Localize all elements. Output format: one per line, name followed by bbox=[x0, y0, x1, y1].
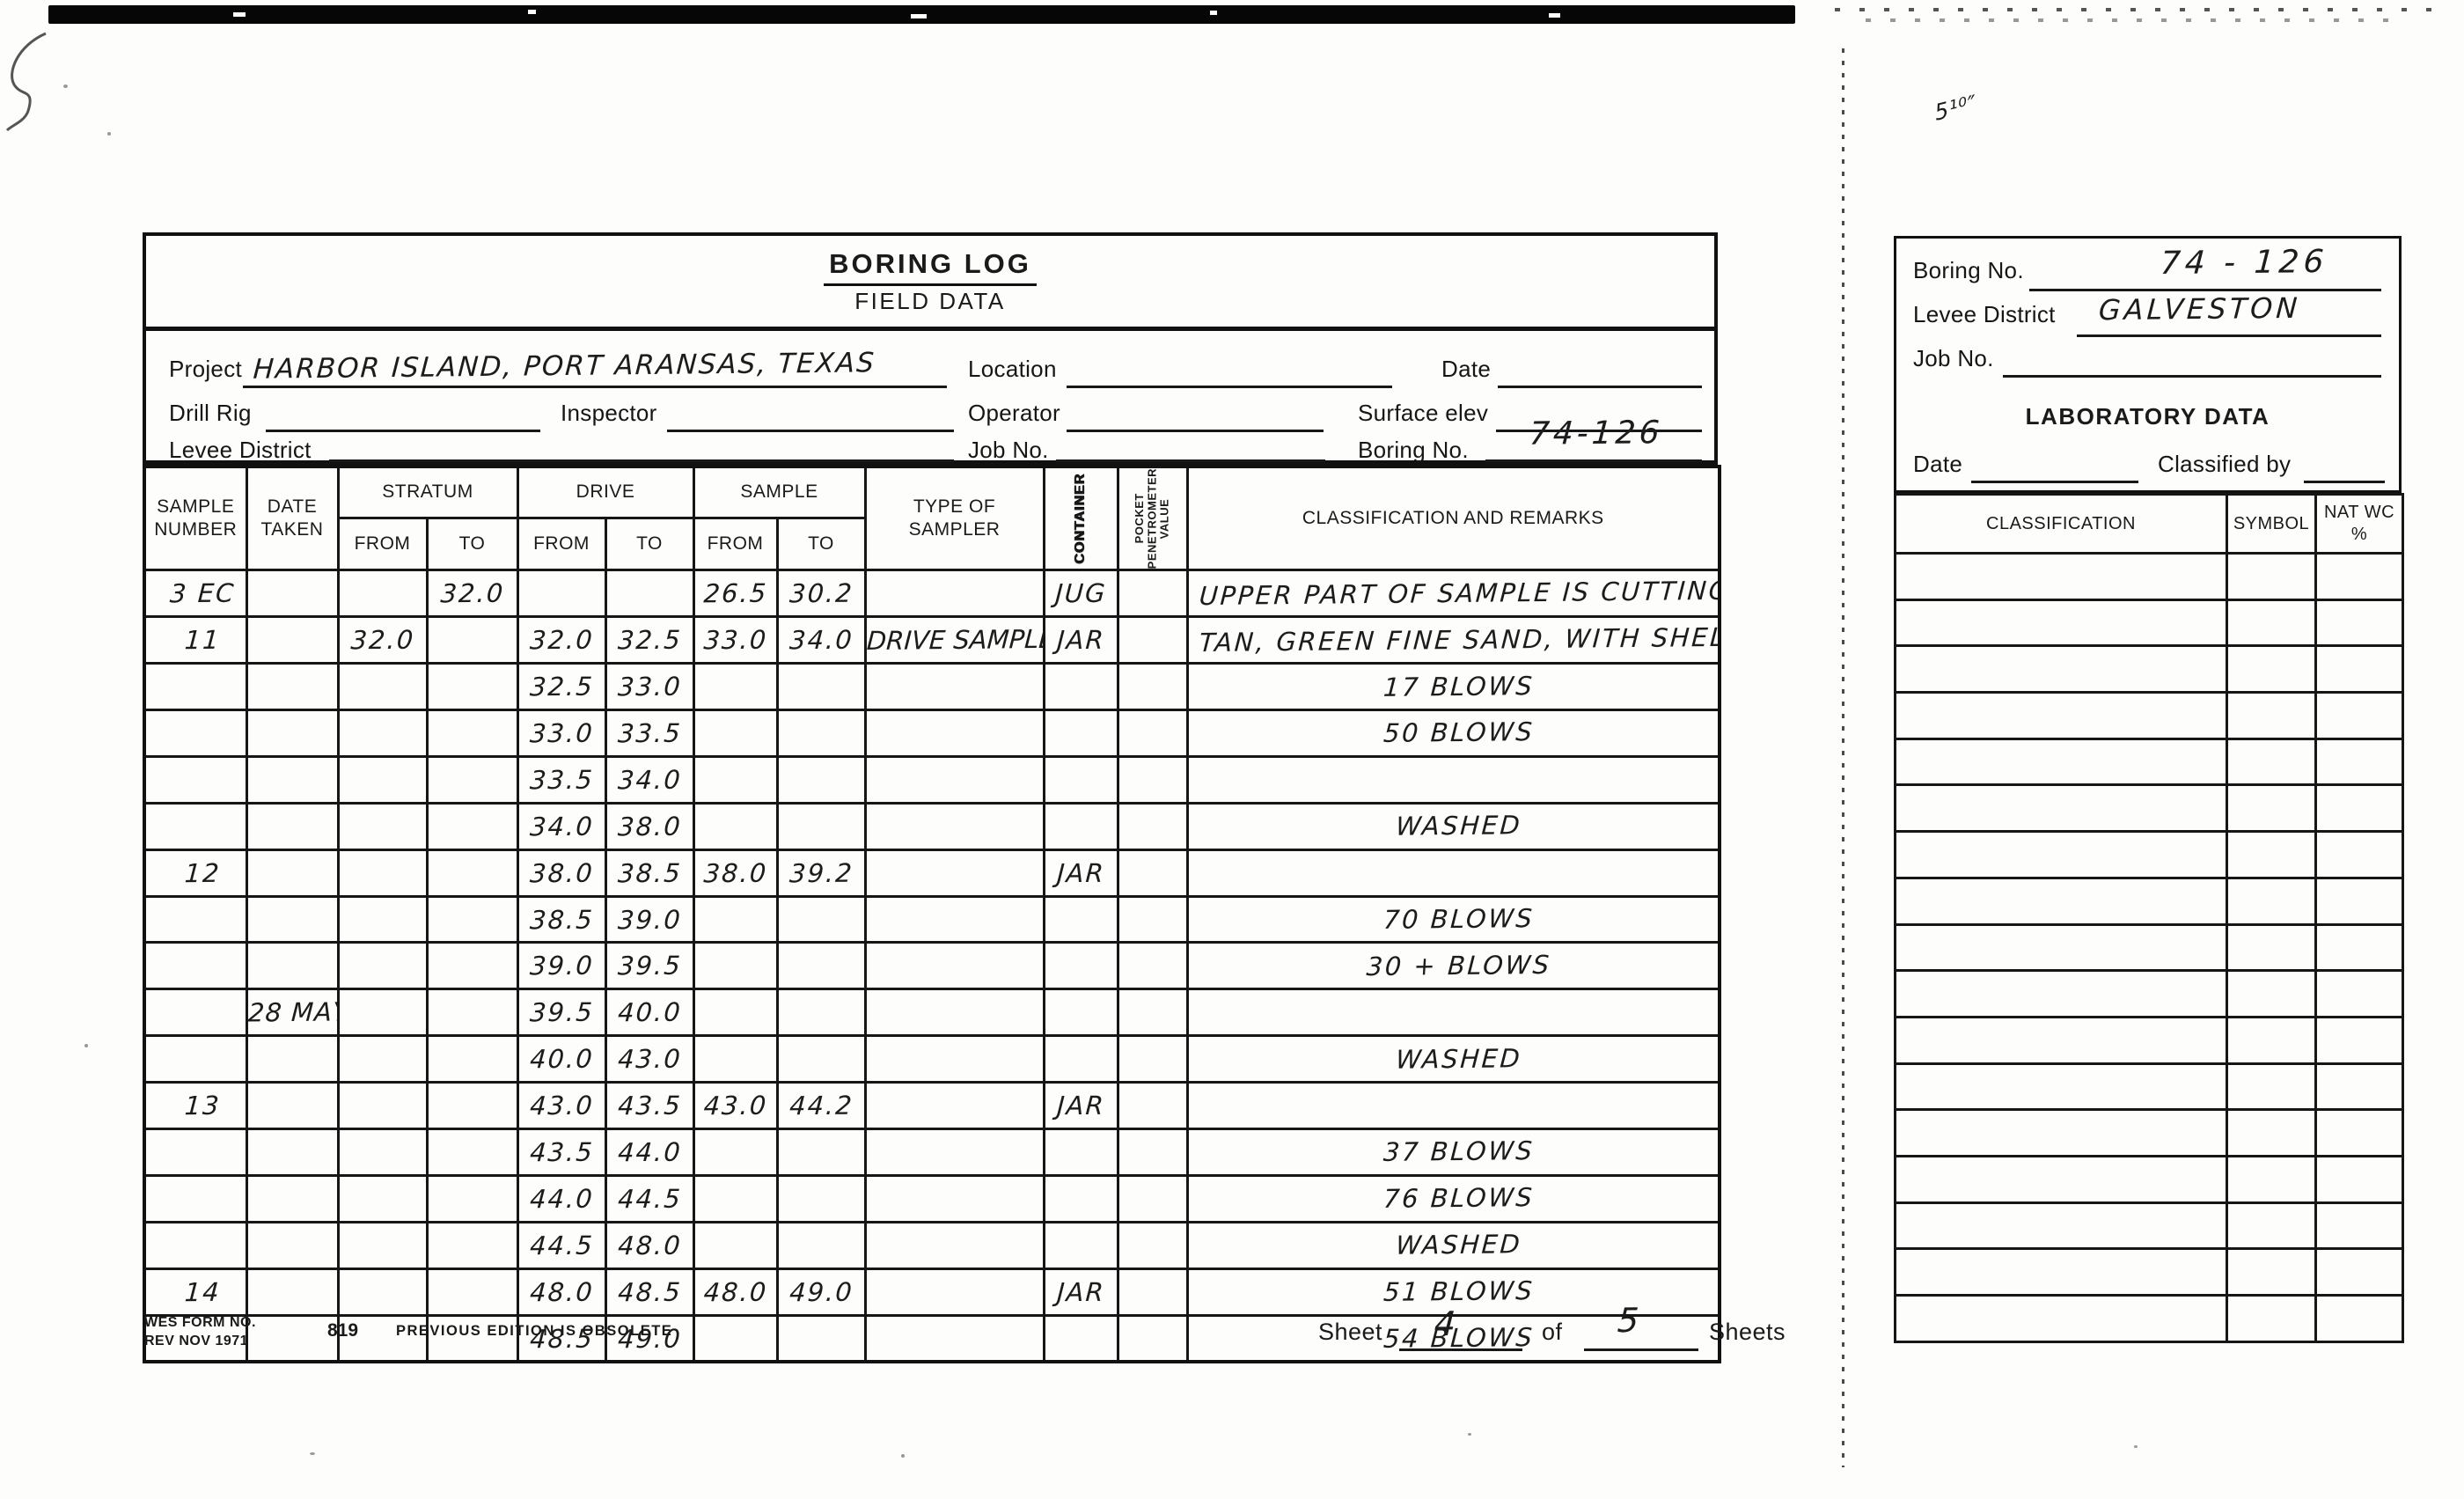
cell-container bbox=[1044, 664, 1118, 710]
lab-cell-symbol bbox=[2227, 924, 2316, 971]
lab-table-row bbox=[1896, 1110, 2403, 1157]
cell-stratum-from bbox=[338, 1083, 427, 1129]
cell-drive-to: 33.0 bbox=[605, 664, 693, 710]
lab-boring-no-label: Boring No. bbox=[1913, 257, 2024, 284]
cell-sample-number: 14 bbox=[144, 1268, 246, 1315]
lab-cell-symbol bbox=[2227, 1156, 2316, 1202]
cell-stratum-to bbox=[427, 849, 517, 896]
cell-container bbox=[1044, 1222, 1118, 1268]
levee-district-label: Levee District bbox=[169, 437, 312, 464]
cell-type-of-sampler bbox=[865, 756, 1044, 803]
cell-drive-from: 38.0 bbox=[517, 849, 605, 896]
cell-date-taken bbox=[246, 570, 338, 617]
cell-remarks bbox=[1187, 756, 1720, 803]
cell-stratum-from bbox=[338, 1129, 427, 1176]
cell-date-taken bbox=[246, 1083, 338, 1129]
lab-table-row bbox=[1896, 878, 2403, 924]
cell-sample-from bbox=[693, 943, 777, 989]
scan-noise bbox=[84, 1044, 88, 1047]
cell-drive-to: 44.0 bbox=[605, 1129, 693, 1176]
table-row: 1448.048.548.049.0JAR51 BLOWS bbox=[144, 1268, 1720, 1315]
cell-pocket-penetrometer bbox=[1118, 1315, 1187, 1362]
cell-drive-from: 43.0 bbox=[517, 1083, 605, 1129]
cell-stratum-to bbox=[427, 617, 517, 664]
date-label: Date bbox=[1441, 356, 1491, 383]
cell-drive-from: 40.0 bbox=[517, 1036, 605, 1083]
cell-sample-to bbox=[777, 1129, 865, 1176]
cell-sample-number bbox=[144, 710, 246, 757]
scan-noise bbox=[901, 1454, 905, 1458]
cell-drive-to: 34.0 bbox=[605, 756, 693, 803]
cell-pocket-penetrometer bbox=[1118, 570, 1187, 617]
cell-type-of-sampler bbox=[865, 1315, 1044, 1362]
cell-container bbox=[1044, 710, 1118, 757]
lab-cell-nat-wc bbox=[2316, 1110, 2403, 1157]
cell-sample-to bbox=[777, 803, 865, 849]
lab-job-no-underline bbox=[2003, 375, 2381, 378]
cell-stratum-to bbox=[427, 943, 517, 989]
lab-cell-classification bbox=[1896, 1063, 2227, 1110]
cell-container bbox=[1044, 943, 1118, 989]
lab-cell-classification bbox=[1896, 646, 2227, 693]
cell-remarks bbox=[1187, 989, 1720, 1036]
cell-stratum-from bbox=[338, 710, 427, 757]
cell-drive-to: 39.5 bbox=[605, 943, 693, 989]
lab-cell-nat-wc bbox=[2316, 924, 2403, 971]
sheets-total-value: 5 bbox=[1617, 1301, 1642, 1340]
header-sample-to: TO bbox=[777, 518, 865, 570]
lab-cell-symbol bbox=[2227, 971, 2316, 1018]
cell-container: JAR bbox=[1044, 617, 1118, 664]
cell-drive-to: 48.5 bbox=[605, 1268, 693, 1315]
header-stratum: STRATUM bbox=[338, 467, 517, 518]
table-row: 1343.043.543.044.2JAR bbox=[144, 1083, 1720, 1129]
cell-type-of-sampler bbox=[865, 1083, 1044, 1129]
table-row: 1132.032.032.533.034.0DRIVE SAMPLERJARTA… bbox=[144, 617, 1720, 664]
cell-sample-to bbox=[777, 943, 865, 989]
cell-drive-from: 34.0 bbox=[517, 803, 605, 849]
cell-date-taken bbox=[246, 617, 338, 664]
cell-stratum-from bbox=[338, 1268, 427, 1315]
header-drive-from: FROM bbox=[517, 518, 605, 570]
form-title: BORING LOG bbox=[824, 248, 1037, 286]
lab-cell-classification bbox=[1896, 599, 2227, 646]
sheets-total-underline bbox=[1584, 1348, 1698, 1351]
cell-drive-from: 43.5 bbox=[517, 1129, 605, 1176]
cell-stratum-to: 32.0 bbox=[427, 570, 517, 617]
cell-remarks bbox=[1187, 849, 1720, 896]
table-row: 39.039.530 + BLOWS bbox=[144, 943, 1720, 989]
cell-drive-from: 32.5 bbox=[517, 664, 605, 710]
lab-table-row bbox=[1896, 832, 2403, 878]
scanned-boring-log-page: { "scan": { "top_right_note": "5¹⁰″" }, … bbox=[0, 0, 2464, 1499]
cell-drive-from: 38.5 bbox=[517, 896, 605, 943]
cell-sample-to bbox=[777, 756, 865, 803]
cell-type-of-sampler bbox=[865, 896, 1044, 943]
scan-artifact-dots-top bbox=[1835, 8, 2433, 11]
lab-cell-symbol bbox=[2227, 832, 2316, 878]
lab-title: LABORATORY DATA bbox=[1894, 403, 2402, 430]
lab-table-row bbox=[1896, 599, 2403, 646]
lab-boring-no-value: 74 - 126 bbox=[2160, 244, 2329, 282]
cell-sample-number bbox=[144, 943, 246, 989]
cell-drive-to: 43.0 bbox=[605, 1036, 693, 1083]
cell-stratum-to bbox=[427, 803, 517, 849]
sheet-number-value: 4 bbox=[1434, 1304, 1459, 1343]
table-row: 1238.038.538.039.2JAR bbox=[144, 849, 1720, 896]
header-stratum-to: TO bbox=[427, 518, 517, 570]
cell-stratum-to bbox=[427, 1268, 517, 1315]
footer-sheet-line: Sheet bbox=[1318, 1319, 1382, 1346]
lab-job-no-label: Job No. bbox=[1913, 345, 1994, 372]
lab-cell-classification bbox=[1896, 1202, 2227, 1249]
cell-sample-to bbox=[777, 664, 865, 710]
cell-type-of-sampler bbox=[865, 943, 1044, 989]
lab-cell-symbol bbox=[2227, 878, 2316, 924]
cell-date-taken bbox=[246, 943, 338, 989]
location-label: Location bbox=[968, 356, 1057, 383]
cell-date-taken bbox=[246, 896, 338, 943]
scan-noise bbox=[2134, 1445, 2138, 1448]
cell-type-of-sampler bbox=[865, 570, 1044, 617]
cell-stratum-to bbox=[427, 710, 517, 757]
lab-cell-symbol bbox=[2227, 599, 2316, 646]
lab-cell-nat-wc bbox=[2316, 785, 2403, 832]
boring-log-table: SAMPLE NUMBER DATE TAKEN STRATUM DRIVE S… bbox=[143, 465, 1721, 1363]
lab-classified-by-label: Classified by bbox=[2158, 451, 2291, 478]
cell-sample-from: 43.0 bbox=[693, 1083, 777, 1129]
cell-pocket-penetrometer bbox=[1118, 617, 1187, 664]
cell-drive-to: 38.0 bbox=[605, 803, 693, 849]
lab-levee-district-underline bbox=[2077, 334, 2381, 337]
lab-cell-classification bbox=[1896, 1110, 2227, 1157]
header-stratum-from: FROM bbox=[338, 518, 427, 570]
cell-sample-to: 30.2 bbox=[777, 570, 865, 617]
lab-cell-classification bbox=[1896, 1296, 2227, 1342]
cell-pocket-penetrometer bbox=[1118, 756, 1187, 803]
lab-data-table: CLASSIFICATION SYMBOL NAT WC % bbox=[1894, 493, 2404, 1343]
cell-remarks: 70 BLOWS bbox=[1187, 896, 1720, 943]
lab-cell-classification bbox=[1896, 1249, 2227, 1296]
cell-pocket-penetrometer bbox=[1118, 1083, 1187, 1129]
cell-drive-to: 48.0 bbox=[605, 1222, 693, 1268]
lab-cell-nat-wc bbox=[2316, 832, 2403, 878]
cell-sample-from bbox=[693, 1129, 777, 1176]
cell-pocket-penetrometer bbox=[1118, 803, 1187, 849]
page-perforation-dotted-line bbox=[1842, 48, 1844, 1467]
boring-no-underline bbox=[1485, 459, 1702, 462]
cell-drive-to: 39.0 bbox=[605, 896, 693, 943]
lab-cell-symbol bbox=[2227, 693, 2316, 739]
lab-cell-nat-wc bbox=[2316, 554, 2403, 600]
cell-sample-to bbox=[777, 1036, 865, 1083]
cell-container bbox=[1044, 803, 1118, 849]
cell-container bbox=[1044, 756, 1118, 803]
job-no-label: Job No. bbox=[968, 437, 1049, 464]
table-row: 43.544.037 BLOWS bbox=[144, 1129, 1720, 1176]
lab-cell-nat-wc bbox=[2316, 738, 2403, 785]
lab-table-row bbox=[1896, 1156, 2403, 1202]
lab-date-underline bbox=[1971, 481, 2138, 483]
cell-remarks: WASHED bbox=[1187, 1036, 1720, 1083]
cell-type-of-sampler bbox=[865, 1175, 1044, 1222]
cell-sample-from: 48.0 bbox=[693, 1268, 777, 1315]
lab-cell-symbol bbox=[2227, 1110, 2316, 1157]
header-container: CONTAINER bbox=[1044, 467, 1118, 570]
lab-cell-classification bbox=[1896, 1156, 2227, 1202]
scan-noise bbox=[107, 132, 111, 136]
lab-cell-symbol bbox=[2227, 1296, 2316, 1342]
lab-cell-nat-wc bbox=[2316, 1156, 2403, 1202]
lab-cell-nat-wc bbox=[2316, 1017, 2403, 1063]
table-row: 44.044.576 BLOWS bbox=[144, 1175, 1720, 1222]
footer-form-no: WES FORM NO. REV NOV 1971 bbox=[144, 1314, 256, 1351]
surface-elev-label: Surface elev bbox=[1358, 400, 1488, 427]
lab-cell-symbol bbox=[2227, 1202, 2316, 1249]
lab-cell-nat-wc bbox=[2316, 693, 2403, 739]
cell-drive-to: 38.5 bbox=[605, 849, 693, 896]
cell-type-of-sampler bbox=[865, 1036, 1044, 1083]
cell-sample-number bbox=[144, 1036, 246, 1083]
form-title-block: BORING LOG FIELD DATA bbox=[143, 232, 1718, 331]
cell-stratum-from bbox=[338, 756, 427, 803]
table-row: 28 MAY39.540.0 bbox=[144, 989, 1720, 1036]
cell-sample-from: 38.0 bbox=[693, 849, 777, 896]
lab-table-row bbox=[1896, 1202, 2403, 1249]
cell-drive-from: 48.0 bbox=[517, 1268, 605, 1315]
cell-sample-number bbox=[144, 1222, 246, 1268]
cell-stratum-from bbox=[338, 664, 427, 710]
form-header-fields bbox=[143, 331, 1718, 465]
cell-stratum-from bbox=[338, 989, 427, 1036]
cell-stratum-from bbox=[338, 803, 427, 849]
operator-label: Operator bbox=[968, 400, 1060, 427]
cell-drive-to: 40.0 bbox=[605, 989, 693, 1036]
lab-cell-classification bbox=[1896, 971, 2227, 1018]
cell-date-taken bbox=[246, 803, 338, 849]
project-value: HARBOR ISLAND, PORT ARANSAS, TEXAS bbox=[253, 347, 876, 385]
cell-date-taken bbox=[246, 1175, 338, 1222]
drill-rig-label: Drill Rig bbox=[169, 400, 252, 427]
lab-table-row bbox=[1896, 554, 2403, 600]
cell-remarks: 17 BLOWS bbox=[1187, 664, 1720, 710]
handwritten-margin-note: 5¹⁰″ bbox=[1933, 90, 1979, 126]
cell-sample-number bbox=[144, 664, 246, 710]
cell-sample-number: 3 EC bbox=[144, 570, 246, 617]
cell-remarks: WASHED bbox=[1187, 803, 1720, 849]
cell-container: JAR bbox=[1044, 1268, 1118, 1315]
levee-district-underline bbox=[329, 459, 954, 462]
cell-remarks: UPPER PART OF SAMPLE IS CUTTINGS bbox=[1187, 570, 1720, 617]
cell-type-of-sampler: DRIVE SAMPLER bbox=[865, 617, 1044, 664]
inspector-label: Inspector bbox=[561, 400, 657, 427]
cell-stratum-to bbox=[427, 1129, 517, 1176]
lab-cell-symbol bbox=[2227, 554, 2316, 600]
lab-header-classification: CLASSIFICATION bbox=[1896, 495, 2227, 554]
operator-underline bbox=[1067, 430, 1324, 432]
cell-drive-to: 44.5 bbox=[605, 1175, 693, 1222]
lab-cell-classification bbox=[1896, 832, 2227, 878]
cell-date-taken bbox=[246, 1036, 338, 1083]
cell-sample-from bbox=[693, 664, 777, 710]
lab-header-symbol: SYMBOL bbox=[2227, 495, 2316, 554]
scan-artifact-pen-mark bbox=[0, 26, 79, 141]
cell-pocket-penetrometer bbox=[1118, 849, 1187, 896]
lab-table-row bbox=[1896, 924, 2403, 971]
lab-cell-nat-wc bbox=[2316, 599, 2403, 646]
header-sample-number: SAMPLE NUMBER bbox=[144, 467, 246, 570]
footer-obsolete-note: PREVIOUS EDITION IS OBSOLETE bbox=[396, 1323, 672, 1340]
cell-sample-number bbox=[144, 803, 246, 849]
cell-date-taken: 28 MAY bbox=[246, 989, 338, 1036]
lab-table-row bbox=[1896, 646, 2403, 693]
lab-cell-classification bbox=[1896, 785, 2227, 832]
cell-stratum-to bbox=[427, 664, 517, 710]
cell-drive-to: 32.5 bbox=[605, 617, 693, 664]
cell-sample-number bbox=[144, 1175, 246, 1222]
lab-table-row bbox=[1896, 1249, 2403, 1296]
lab-cell-symbol bbox=[2227, 1017, 2316, 1063]
lab-cell-symbol bbox=[2227, 1063, 2316, 1110]
cell-remarks: 37 BLOWS bbox=[1187, 1129, 1720, 1176]
cell-sample-from bbox=[693, 1222, 777, 1268]
cell-pocket-penetrometer bbox=[1118, 989, 1187, 1036]
cell-sample-number bbox=[144, 756, 246, 803]
cell-remarks bbox=[1187, 1083, 1720, 1129]
cell-drive-from: 33.5 bbox=[517, 756, 605, 803]
cell-pocket-penetrometer bbox=[1118, 664, 1187, 710]
lab-date-label: Date bbox=[1913, 451, 1962, 478]
lab-cell-classification bbox=[1896, 693, 2227, 739]
cell-pocket-penetrometer bbox=[1118, 1129, 1187, 1176]
scan-artifact-top-bar bbox=[48, 5, 1795, 24]
cell-sample-to bbox=[777, 896, 865, 943]
cell-container bbox=[1044, 1175, 1118, 1222]
date-underline bbox=[1498, 386, 1702, 388]
cell-sample-to bbox=[777, 710, 865, 757]
cell-sample-number: 12 bbox=[144, 849, 246, 896]
header-pocket-penetrometer: POCKET PENETROMETER VALUE bbox=[1118, 467, 1187, 570]
cell-drive-from: 44.5 bbox=[517, 1222, 605, 1268]
cell-sample-from bbox=[693, 1175, 777, 1222]
cell-sample-number bbox=[144, 989, 246, 1036]
cell-drive-to: 43.5 bbox=[605, 1083, 693, 1129]
cell-stratum-to bbox=[427, 1222, 517, 1268]
lab-classified-by-underline bbox=[2304, 481, 2385, 483]
lab-cell-symbol bbox=[2227, 1249, 2316, 1296]
lab-cell-nat-wc bbox=[2316, 971, 2403, 1018]
table-row: 34.038.0WASHED bbox=[144, 803, 1720, 849]
cell-drive-from: 32.0 bbox=[517, 617, 605, 664]
lab-cell-classification bbox=[1896, 878, 2227, 924]
lab-cell-classification bbox=[1896, 738, 2227, 785]
cell-stratum-from bbox=[338, 849, 427, 896]
lab-table-row bbox=[1896, 785, 2403, 832]
cell-drive-from bbox=[517, 570, 605, 617]
inspector-underline bbox=[667, 430, 954, 432]
header-sample: SAMPLE bbox=[693, 467, 865, 518]
sheets-label: Sheets bbox=[1709, 1319, 1786, 1346]
cell-sample-number bbox=[144, 896, 246, 943]
cell-remarks: 50 BLOWS bbox=[1187, 710, 1720, 757]
cell-stratum-from bbox=[338, 570, 427, 617]
cell-date-taken bbox=[246, 849, 338, 896]
cell-date-taken bbox=[246, 664, 338, 710]
cell-stratum-from bbox=[338, 1036, 427, 1083]
cell-sample-number bbox=[144, 1129, 246, 1176]
cell-date-taken bbox=[246, 1268, 338, 1315]
cell-drive-from: 39.0 bbox=[517, 943, 605, 989]
sheet-of-label: of bbox=[1542, 1319, 1563, 1346]
sheet-label: Sheet bbox=[1318, 1319, 1382, 1345]
cell-drive-from: 44.0 bbox=[517, 1175, 605, 1222]
cell-remarks: 30 + BLOWS bbox=[1187, 943, 1720, 989]
table-row: 32.533.017 BLOWS bbox=[144, 664, 1720, 710]
cell-stratum-to bbox=[427, 1036, 517, 1083]
cell-container bbox=[1044, 989, 1118, 1036]
scan-noise bbox=[310, 1452, 315, 1455]
scan-noise bbox=[63, 85, 68, 88]
cell-drive-from: 39.5 bbox=[517, 989, 605, 1036]
cell-type-of-sampler bbox=[865, 849, 1044, 896]
cell-type-of-sampler bbox=[865, 1129, 1044, 1176]
lab-table-row bbox=[1896, 1017, 2403, 1063]
lab-levee-district-value: GALVESTON bbox=[2098, 291, 2302, 327]
form-subtitle: FIELD DATA bbox=[146, 288, 1714, 315]
cell-stratum-from: 32.0 bbox=[338, 617, 427, 664]
cell-type-of-sampler bbox=[865, 664, 1044, 710]
scan-artifact-dots-top-2 bbox=[1866, 18, 2402, 22]
cell-sample-to: 44.2 bbox=[777, 1083, 865, 1129]
cell-date-taken bbox=[246, 710, 338, 757]
header-classification-remarks: CLASSIFICATION AND REMARKS bbox=[1187, 467, 1720, 570]
lab-levee-district-label: Levee District bbox=[1913, 301, 2056, 328]
job-no-underline bbox=[1056, 459, 1325, 462]
lab-cell-nat-wc bbox=[2316, 1202, 2403, 1249]
cell-sample-to bbox=[777, 1222, 865, 1268]
lab-cell-classification bbox=[1896, 924, 2227, 971]
cell-type-of-sampler bbox=[865, 803, 1044, 849]
cell-stratum-from bbox=[338, 1175, 427, 1222]
cell-sample-number: 13 bbox=[144, 1083, 246, 1129]
cell-stratum-to bbox=[427, 756, 517, 803]
lab-cell-nat-wc bbox=[2316, 646, 2403, 693]
cell-sample-from bbox=[693, 1036, 777, 1083]
cell-sample-from bbox=[693, 756, 777, 803]
cell-stratum-to bbox=[427, 989, 517, 1036]
cell-type-of-sampler bbox=[865, 1222, 1044, 1268]
cell-remarks: TAN, GREEN FINE SAND, WITH SHELL bbox=[1187, 617, 1720, 664]
cell-pocket-penetrometer bbox=[1118, 896, 1187, 943]
cell-pocket-penetrometer bbox=[1118, 1036, 1187, 1083]
header-date-taken: DATE TAKEN bbox=[246, 467, 338, 570]
table-row: 33.033.550 BLOWS bbox=[144, 710, 1720, 757]
cell-pocket-penetrometer bbox=[1118, 1268, 1187, 1315]
header-sample-from: FROM bbox=[693, 518, 777, 570]
project-underline bbox=[243, 386, 947, 388]
cell-pocket-penetrometer bbox=[1118, 943, 1187, 989]
cell-sample-to bbox=[777, 1175, 865, 1222]
cell-sample-from bbox=[693, 710, 777, 757]
cell-sample-from: 26.5 bbox=[693, 570, 777, 617]
cell-date-taken bbox=[246, 1315, 338, 1362]
cell-type-of-sampler bbox=[865, 989, 1044, 1036]
sheet-number-underline bbox=[1399, 1348, 1522, 1351]
cell-sample-from bbox=[693, 1315, 777, 1362]
cell-sample-to bbox=[777, 989, 865, 1036]
cell-date-taken bbox=[246, 1129, 338, 1176]
header-drive-to: TO bbox=[605, 518, 693, 570]
